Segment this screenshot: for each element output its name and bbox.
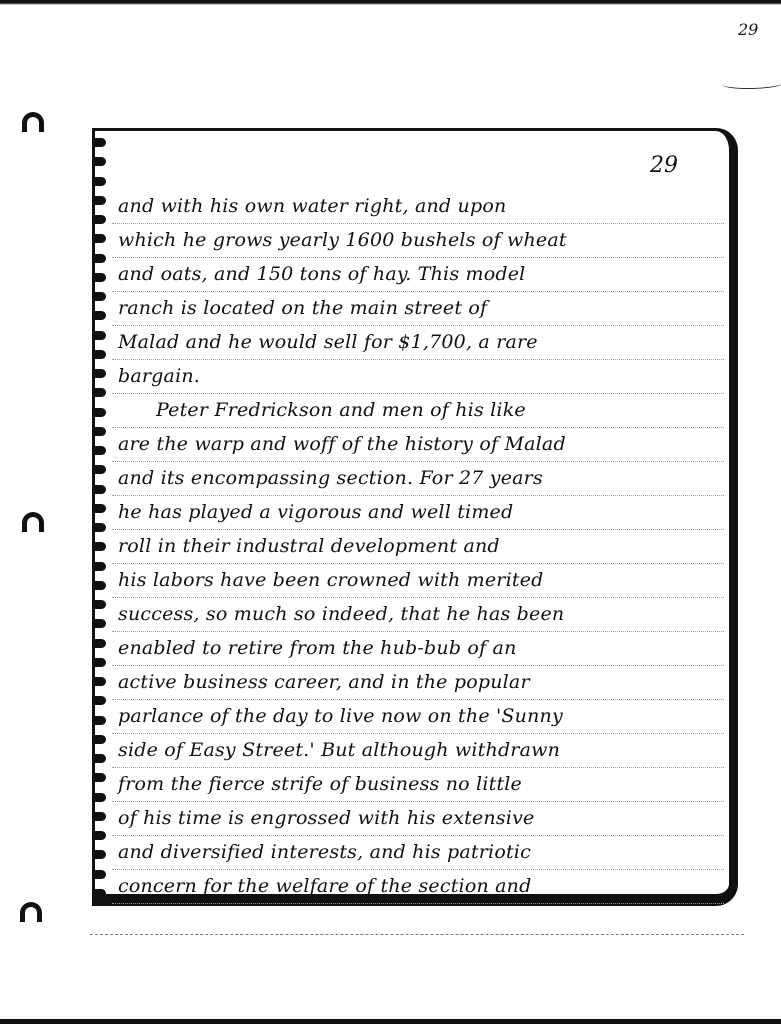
scan-bottom-edge — [0, 1019, 781, 1024]
spiral-coil-icon — [92, 350, 106, 359]
spiral-coil-icon — [92, 292, 106, 301]
spiral-coil-icon — [92, 388, 106, 397]
text-line: and oats, and 150 tons of hay. This mode… — [112, 258, 724, 292]
spiral-coil-icon — [92, 850, 106, 859]
spiral-coil-icon — [92, 716, 106, 725]
text-line: active business career, and in the popul… — [112, 666, 724, 700]
spiral-coil-icon — [92, 523, 106, 532]
text-line: his labors have been crowned with merite… — [112, 564, 724, 598]
text-line: parlance of the day to live now on the '… — [112, 700, 724, 734]
spiral-coil-icon — [92, 773, 106, 782]
text-line: Peter Fredrickson and men of his like — [112, 394, 724, 428]
spiral-coil-icon — [92, 234, 106, 243]
punch-hole-icon — [20, 902, 42, 922]
text-line: bargain. — [112, 360, 724, 394]
spiral-coil-icon — [92, 870, 106, 879]
spiral-coil-icon — [92, 793, 106, 802]
spiral-coil-icon — [92, 735, 106, 744]
spiral-coil-icon — [92, 177, 106, 186]
text-line: of his time is engrossed with his extens… — [112, 802, 724, 836]
text-line: are the warp and woff of the history of … — [112, 428, 724, 462]
text-line: and with his own water right, and upon — [112, 190, 724, 224]
spiral-coil-icon — [92, 465, 106, 474]
spiral-coil-icon — [92, 581, 106, 590]
spiral-coil-icon — [92, 677, 106, 686]
text-line: from the fierce strife of business no li… — [112, 768, 724, 802]
text-line: and its encompassing section. For 27 yea… — [112, 462, 724, 496]
spiral-coil-icon — [92, 639, 106, 648]
text-line: concern for the welfare of the section a… — [112, 870, 724, 904]
text-line: Malad and he would sell for $1,700, a ra… — [112, 326, 724, 360]
inner-page-number: 29 — [650, 153, 678, 178]
spiral-coil-icon — [92, 504, 106, 513]
text-line: enabled to retire from the hub-bub of an — [112, 632, 724, 666]
text-line: and diversified interests, and his patri… — [112, 836, 724, 870]
spiral-coil-icon — [92, 485, 106, 494]
spiral-coil-icon — [92, 446, 106, 455]
spiral-coil-icon — [92, 889, 106, 898]
spiral-coil-icon — [92, 831, 106, 840]
spiral-binding — [92, 138, 110, 898]
spiral-coil-icon — [92, 812, 106, 821]
spiral-coil-icon — [92, 311, 106, 320]
spiral-coil-icon — [92, 369, 106, 378]
handwritten-text-block: and with his own water right, and upon w… — [112, 190, 724, 904]
spiral-coil-icon — [92, 562, 106, 571]
notebook-edge-line — [90, 930, 744, 935]
spiral-coil-icon — [92, 542, 106, 551]
spiral-coil-icon — [92, 331, 106, 340]
page-curl-mark — [722, 78, 781, 89]
spiral-coil-icon — [92, 273, 106, 282]
punch-hole-icon — [22, 512, 44, 532]
spiral-coil-icon — [92, 427, 106, 436]
spiral-coil-icon — [92, 696, 106, 705]
text-line: he has played a vigorous and well timed — [112, 496, 724, 530]
spiral-coil-icon — [92, 254, 106, 263]
spiral-coil-icon — [92, 215, 106, 224]
spiral-coil-icon — [92, 754, 106, 763]
punch-hole-icon — [22, 112, 44, 132]
spiral-coil-icon — [92, 600, 106, 609]
scan-top-edge — [0, 0, 781, 5]
text-line: ranch is located on the main street of — [112, 292, 724, 326]
spiral-coil-icon — [92, 157, 106, 166]
spiral-coil-icon — [92, 619, 106, 628]
spiral-coil-icon — [92, 408, 106, 417]
spiral-coil-icon — [92, 196, 106, 205]
text-line: which he grows yearly 1600 bushels of wh… — [112, 224, 724, 258]
outer-page-number: 29 — [738, 20, 758, 39]
text-line: roll in their industral development and — [112, 530, 724, 564]
spiral-coil-icon — [92, 658, 106, 667]
spiral-coil-icon — [92, 138, 106, 147]
text-line: side of Easy Street.' But although withd… — [112, 734, 724, 768]
text-line: success, so much so indeed, that he has … — [112, 598, 724, 632]
